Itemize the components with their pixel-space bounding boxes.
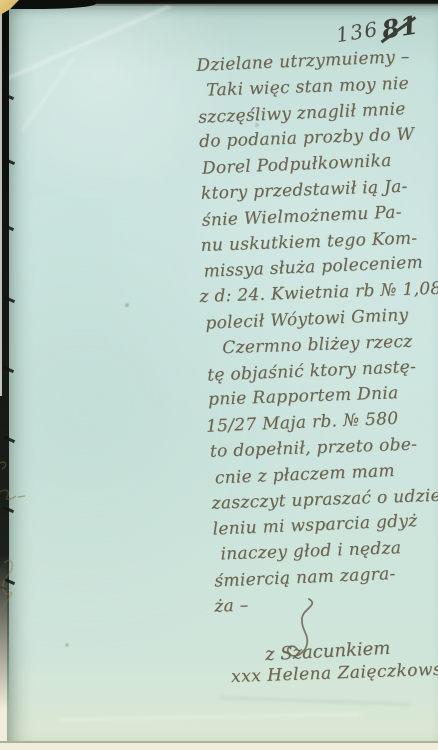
letter-body: Dzielane utrzymuiemy –Taki więc stan moy… [196, 44, 438, 620]
scanned-document: 136 81 Dzielane utrzymuiemy –Taki więc s… [0, 0, 438, 750]
bleed-through-marks [0, 455, 30, 625]
page-edge-highlight [0, 6, 2, 396]
scan-edge-bottom [0, 741, 438, 750]
folio-number-crossed-out: 81 [380, 10, 421, 44]
